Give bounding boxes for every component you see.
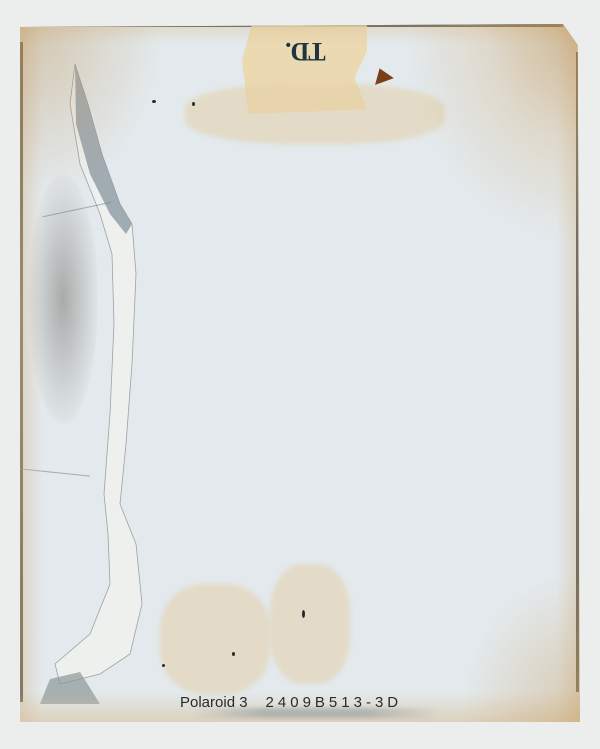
brand-text: Polaroid 3 <box>180 694 248 711</box>
burn-discoloration <box>20 24 580 722</box>
serial-code: 2409B513-3D <box>266 694 403 711</box>
film-imprint: Polaroid 3 2409B513-3D <box>180 694 402 711</box>
polaroid-back: TD. Polaroid 3 2409B513-3D <box>20 24 580 722</box>
